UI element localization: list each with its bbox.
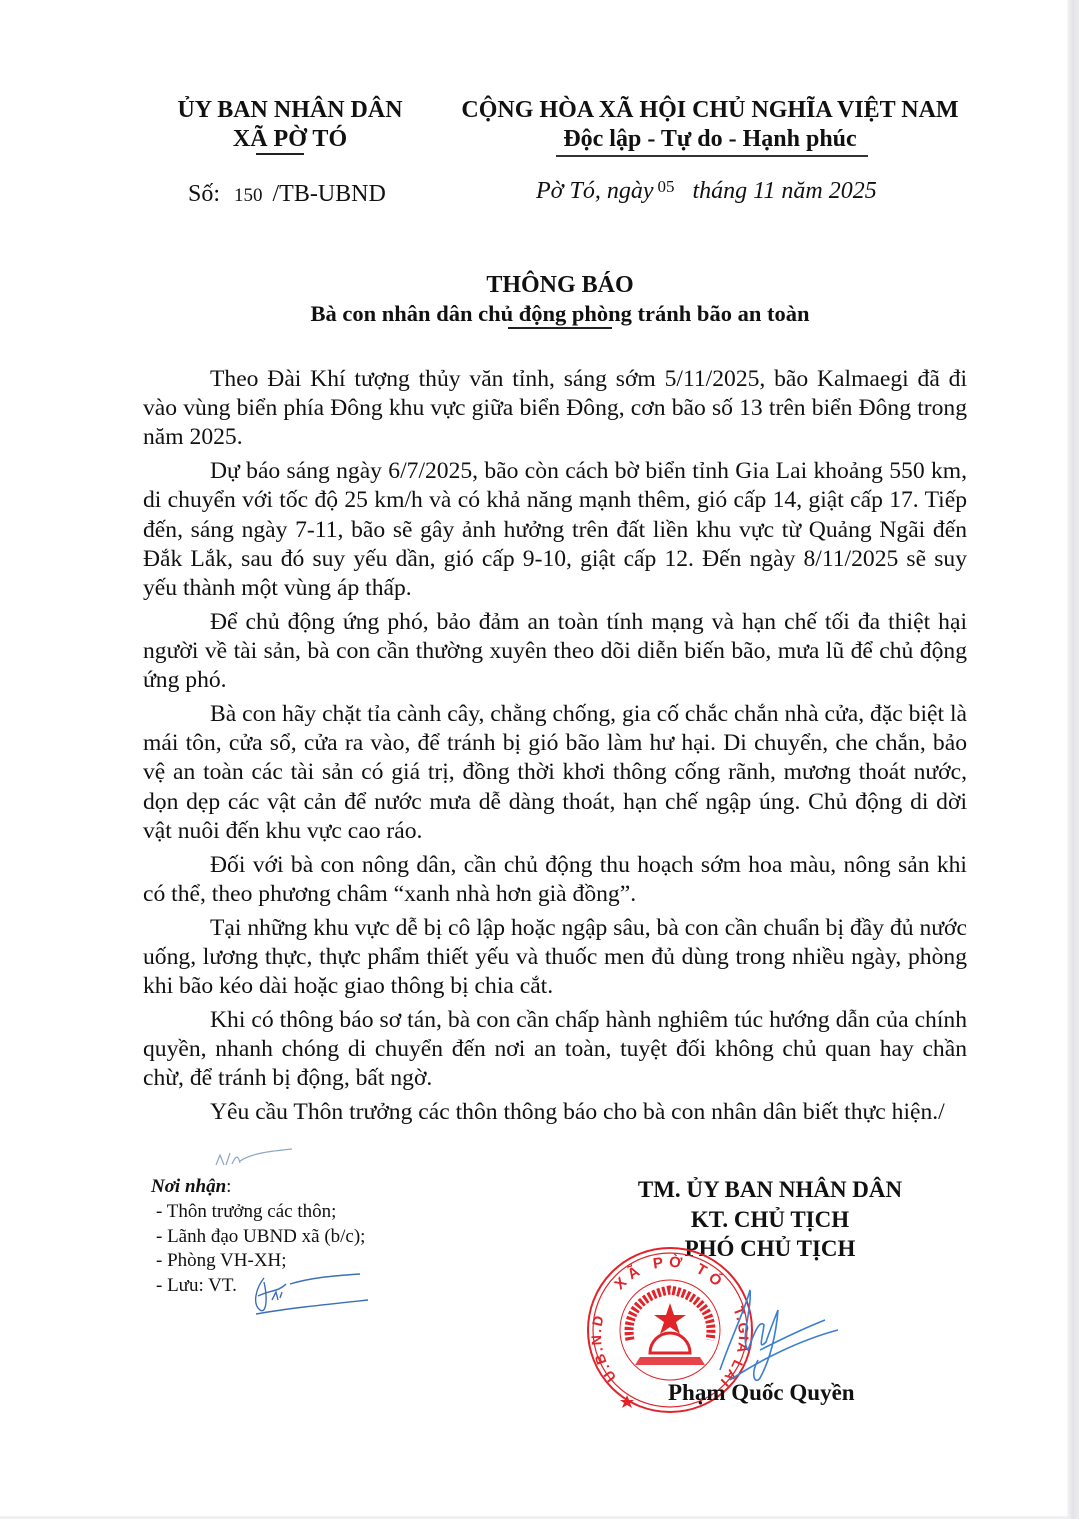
body-paragraph: Tại những khu vực dễ bị cô lập hoặc ngập…	[143, 914, 967, 1002]
recipient-item: - Thôn trưởng các thôn;	[151, 1200, 365, 1225]
document-subtitle: Bà con nhân dân chủ động phòng tránh bão…	[140, 299, 980, 329]
recipients-label: Nơi nhận	[151, 1176, 226, 1197]
body-paragraph: Để chủ động ứng phó, bảo đảm an toàn tín…	[143, 608, 967, 696]
document-title: THÔNG BÁO	[140, 270, 980, 300]
recipient-item: - Lãnh đạo UBND xã (b/c);	[151, 1225, 365, 1250]
motto-underline	[556, 155, 868, 157]
body-paragraph: Yêu cầu Thôn trưởng các thôn thông báo c…	[143, 1098, 967, 1127]
date-suffix: tháng 11 năm 2025	[692, 178, 876, 204]
agency-line-2: XÃ PỜ TÓ	[160, 125, 420, 154]
archive-initials-icon	[250, 1270, 380, 1320]
date-day: 05	[657, 177, 674, 196]
nation-line-1: CỘNG HÒA XÃ HỘI CHỦ NGHĨA VIỆT NAM	[450, 96, 970, 125]
body-paragraph: Bà con hãy chặt tỉa cành cây, chằng chốn…	[143, 700, 967, 846]
date-prefix: Pờ Tó, ngày	[536, 178, 653, 204]
sign-line-2: KT. CHỦ TỊCH	[600, 1205, 940, 1235]
nation-motto: Độc lập - Tự do - Hạnh phúc	[450, 125, 970, 154]
page-edge-border	[1067, 0, 1079, 1519]
agency-line-1: ỦY BAN NHÂN DÂN	[160, 96, 420, 125]
initials-mark-icon	[212, 1145, 297, 1175]
agency-underline	[256, 153, 304, 155]
issue-date: Pờ Tó, ngày05tháng 11 năm 2025	[536, 178, 877, 205]
handwritten-signature-icon	[700, 1280, 840, 1390]
doc-number-value: 150	[234, 185, 263, 206]
document-number: Số:150/TB-UBND	[188, 181, 386, 208]
body-paragraph: Theo Đài Khí tượng thủy văn tỉnh, sáng s…	[143, 365, 967, 453]
doc-number-suffix: /TB-UBND	[273, 181, 386, 207]
doc-number-label: Số:	[188, 181, 220, 207]
sign-line-1: TM. ỦY BAN NHÂN DÂN	[600, 1175, 940, 1205]
signer-name: Phạm Quốc Quyền	[668, 1380, 855, 1406]
body-paragraph: Đối với bà con nông dân, cần chủ động th…	[143, 851, 967, 909]
document-body: Theo Đài Khí tượng thủy văn tỉnh, sáng s…	[143, 365, 967, 1132]
body-paragraph: Khi có thông báo sơ tán, bà con cần chấp…	[143, 1006, 967, 1094]
issuing-agency: ỦY BAN NHÂN DÂN XÃ PỜ TÓ	[160, 96, 420, 154]
body-paragraph: Dự báo sáng ngày 6/7/2025, bão còn cách …	[143, 457, 967, 603]
svg-text:U.B.N.D: U.B.N.D	[588, 1312, 619, 1385]
subtitle-underline	[508, 327, 612, 329]
recipients-colon: :	[226, 1176, 231, 1197]
national-title: CỘNG HÒA XÃ HỘI CHỦ NGHĨA VIỆT NAM Độc l…	[450, 96, 970, 154]
